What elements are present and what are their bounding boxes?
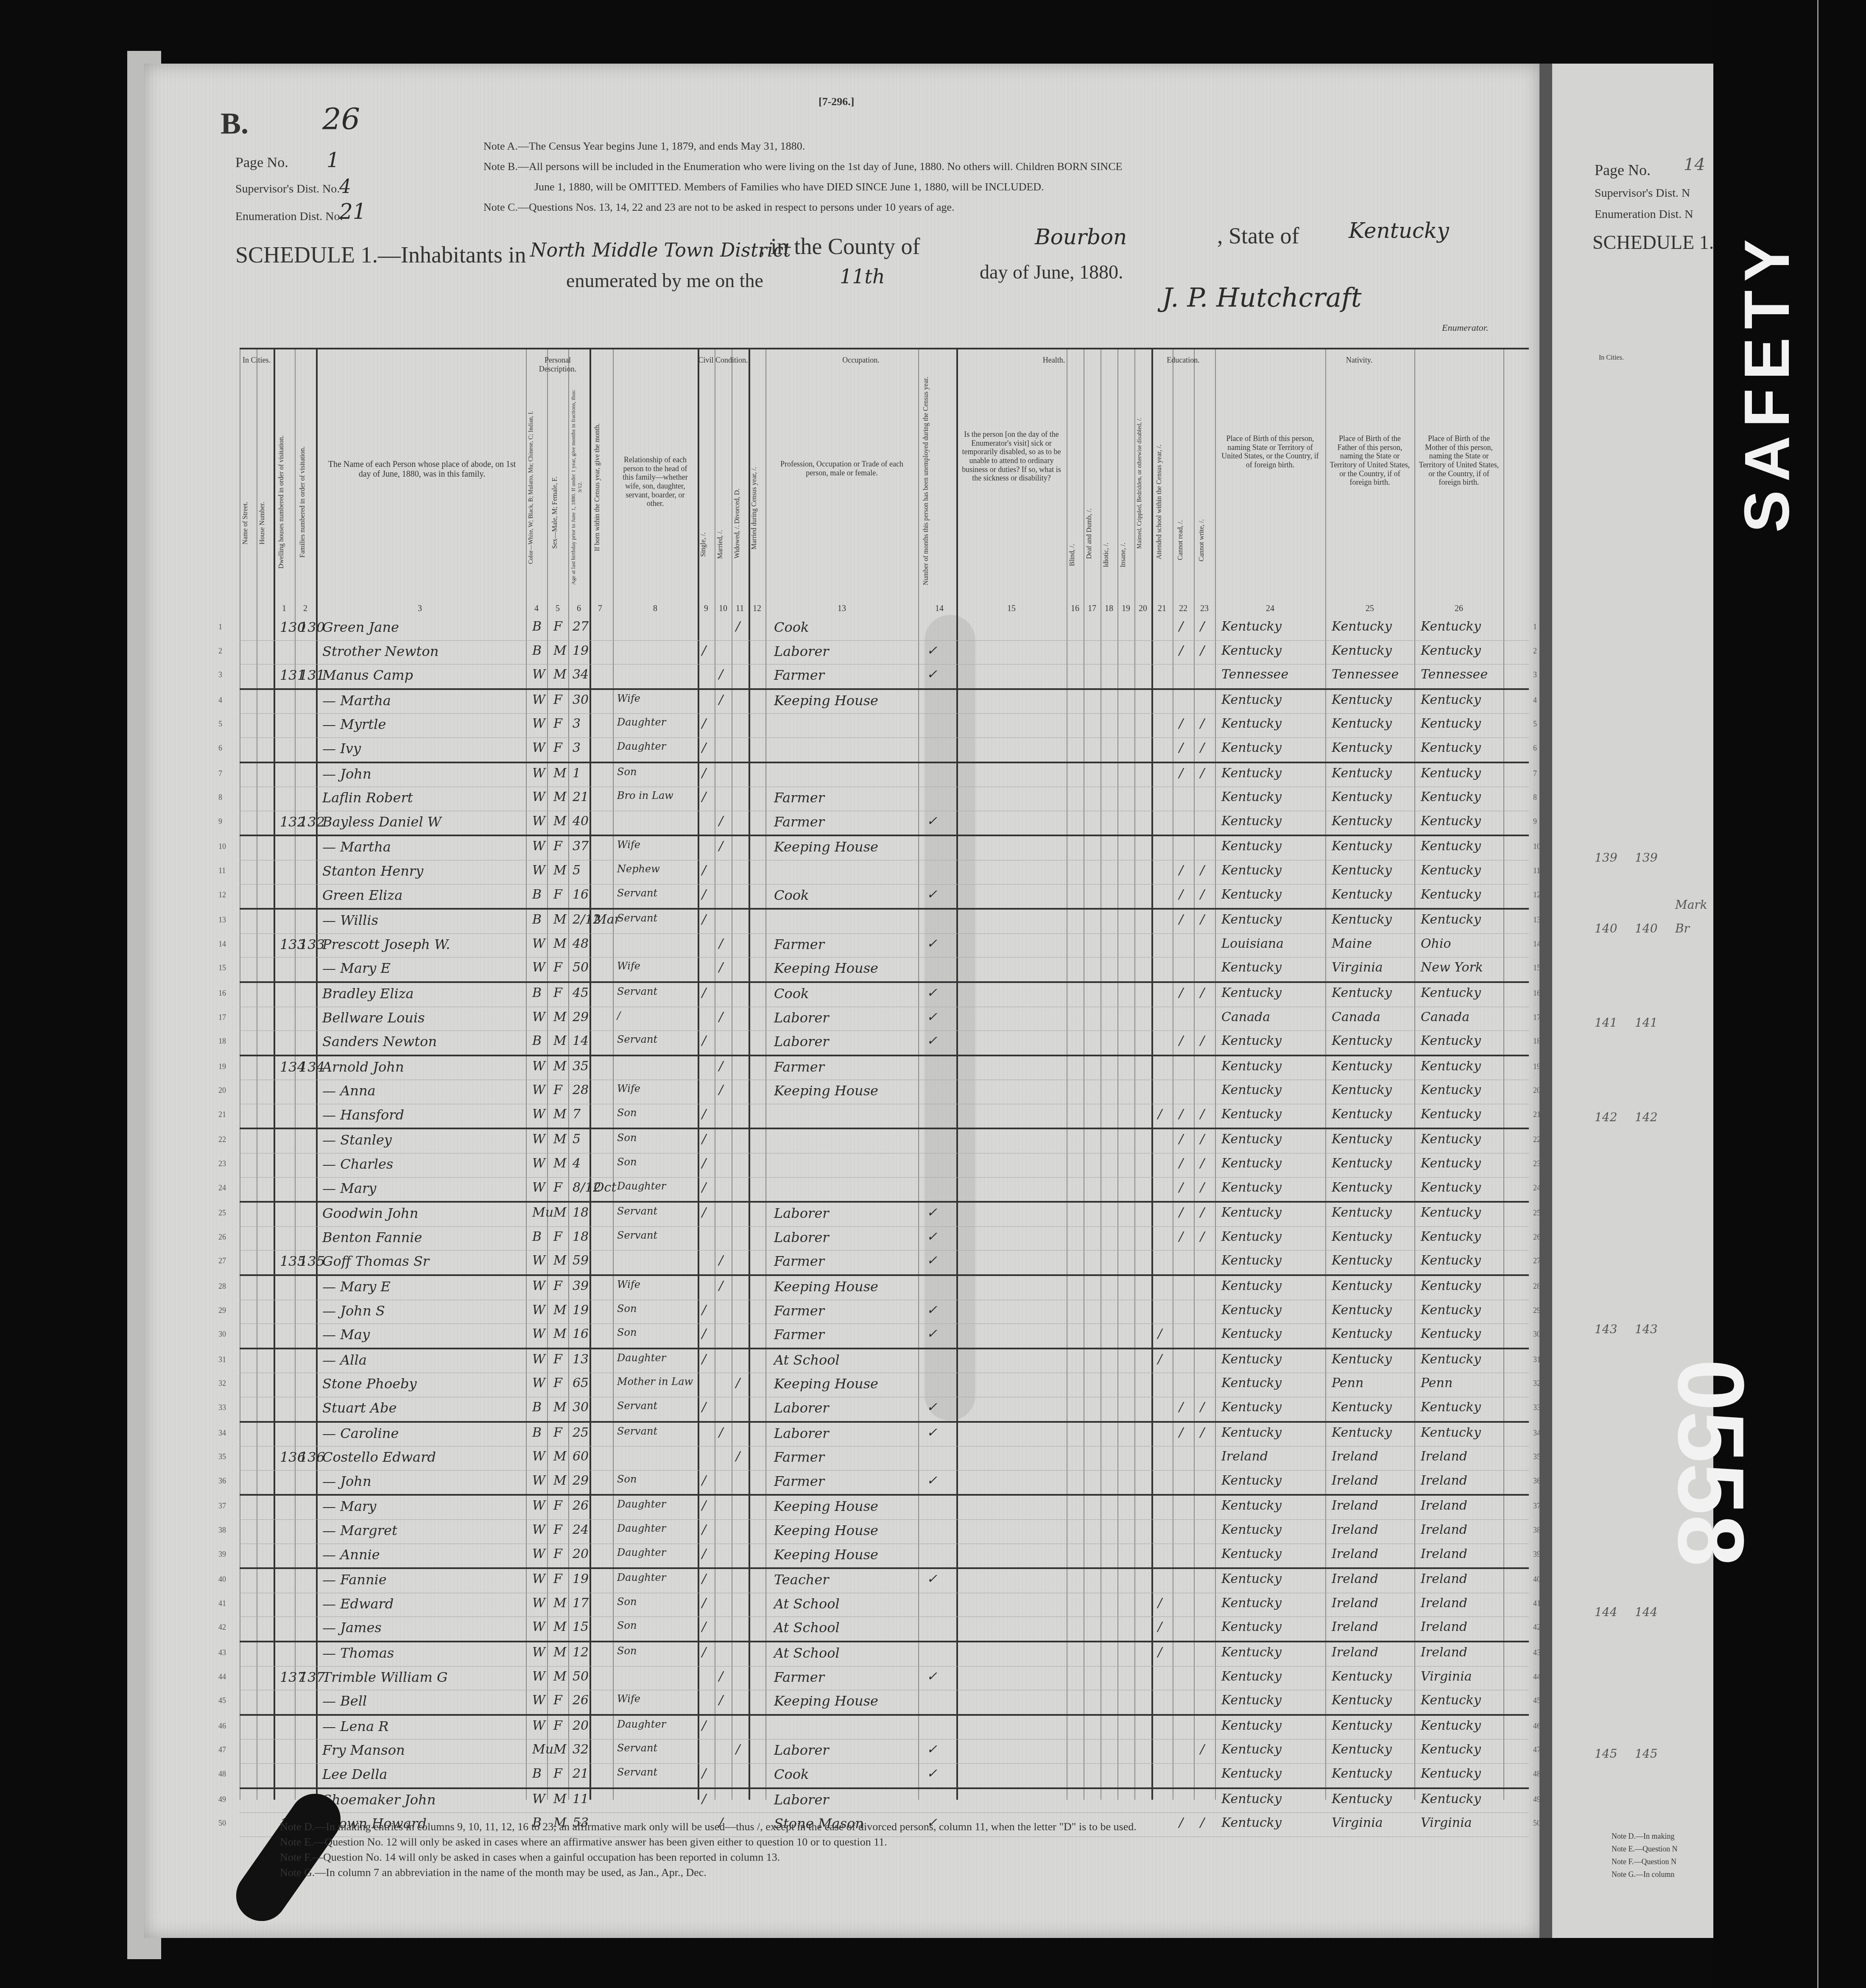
line-number-right: 34 — [1533, 1429, 1541, 1438]
safety-film-label: SAFETY — [1730, 127, 1798, 636]
line-number-right: 50 — [1533, 1819, 1541, 1828]
person-name: — Martha — [322, 839, 391, 855]
mother-birthplace: Kentucky — [1421, 766, 1481, 781]
relationship: Wife — [617, 1083, 640, 1095]
sex: F — [553, 1498, 562, 1513]
color: W — [532, 1596, 545, 1611]
person-name: Trimble William G — [322, 1669, 447, 1685]
single-mark: / — [702, 1572, 706, 1586]
mother-birthplace: Ireland — [1421, 1473, 1467, 1488]
mother-birthplace: Virginia — [1421, 1815, 1472, 1830]
mother-birthplace: Kentucky — [1421, 1352, 1481, 1367]
cannot-write-mark: / — [1200, 1132, 1204, 1147]
relationship: Daughter — [617, 1498, 666, 1510]
line-number-right: 41 — [1533, 1599, 1541, 1608]
person-name: — John S — [322, 1303, 385, 1319]
mother-birthplace: Kentucky — [1421, 740, 1481, 755]
mother-birthplace: Ireland — [1421, 1596, 1467, 1611]
line-number-right: 22 — [1533, 1135, 1541, 1144]
line-number-right: 27 — [1533, 1256, 1541, 1265]
line-number: 47 — [218, 1745, 226, 1754]
birthplace: Kentucky — [1221, 1205, 1282, 1220]
occupation: Cook — [774, 986, 809, 1002]
relationship: Wife — [617, 839, 640, 851]
table-row: 22Strother NewtonBM19/Laborer✓//Kentucky… — [240, 641, 1529, 665]
sex: M — [553, 1132, 567, 1147]
adjacent-family-number: 141 — [1635, 1016, 1657, 1030]
line-number: 3 — [218, 670, 222, 679]
col-occupation: Profession, Occupation or Trade of each … — [774, 460, 910, 477]
sex: F — [553, 1547, 562, 1561]
birthplace: Kentucky — [1221, 643, 1282, 658]
relationship: Wife — [617, 1279, 640, 1290]
color: B — [532, 1400, 542, 1415]
father-birthplace: Penn — [1332, 1376, 1363, 1390]
person-name: — Lena R — [322, 1718, 388, 1734]
sex: M — [553, 1742, 567, 1757]
line-number-right: 31 — [1533, 1355, 1541, 1364]
mother-birthplace: Kentucky — [1421, 986, 1481, 1000]
relationship: Wife — [617, 692, 640, 704]
single-mark: / — [702, 887, 706, 902]
age: 25 — [573, 1425, 589, 1440]
col-idiotic: Idiotic, /. — [1103, 519, 1110, 591]
person-name: Sanders Newton — [322, 1033, 437, 1050]
single-mark: / — [702, 740, 706, 755]
mother-birthplace: Ireland — [1421, 1522, 1467, 1537]
header-in-cities: In Cities. — [240, 356, 274, 365]
mother-birthplace: Kentucky — [1421, 1083, 1481, 1097]
birthplace: Kentucky — [1221, 839, 1282, 854]
mother-birthplace: Tennessee — [1421, 667, 1488, 682]
col-num: 8 — [653, 604, 657, 614]
state-name: Kentucky — [1349, 218, 1449, 243]
mother-birthplace: Kentucky — [1421, 863, 1481, 878]
color: W — [532, 1522, 545, 1537]
relationship: Servant — [617, 1742, 657, 1754]
birthplace: Ireland — [1221, 1449, 1268, 1464]
age: 29 — [573, 1010, 589, 1025]
age: 13 — [573, 1352, 589, 1367]
occupation: Farmer — [774, 814, 824, 830]
occupation: Laborer — [774, 1400, 829, 1416]
adjacent-enumeration-label: Enumeration Dist. N — [1595, 208, 1693, 221]
line-number-right: 39 — [1533, 1550, 1541, 1559]
cannot-write-mark: / — [1200, 1229, 1204, 1244]
single-mark: / — [702, 1547, 706, 1561]
relationship: Daughter — [617, 1718, 666, 1730]
note-b-cont: June 1, 1880, will be OMITTED. Members o… — [534, 181, 1044, 193]
adjacent-dwelling-number: 143 — [1595, 1322, 1617, 1336]
father-birthplace: Kentucky — [1332, 619, 1392, 634]
single-mark: / — [702, 1596, 706, 1611]
footer-notes: Note D.—In making entries in columns 9, … — [280, 1819, 1137, 1880]
occupation: Keeping House — [774, 1498, 878, 1514]
line-number-right: 26 — [1533, 1233, 1541, 1242]
line-number-right: 3 — [1533, 670, 1537, 679]
person-name: — John — [322, 766, 371, 782]
person-name: — Willis — [322, 912, 378, 928]
line-number: 4 — [218, 696, 222, 705]
sex: M — [553, 1253, 567, 1268]
birthplace: Kentucky — [1221, 740, 1282, 755]
unemployed-mark: ✓ — [927, 814, 937, 829]
note-f: Note F.—Question No. 14 will only be ask… — [280, 1850, 1137, 1865]
col-birth-month: If born within the Census year, give the… — [594, 383, 601, 591]
cannot-read-mark: / — [1179, 619, 1183, 634]
line-number: 18 — [218, 1037, 226, 1046]
occupation: Cook — [774, 619, 809, 635]
birthplace: Kentucky — [1221, 716, 1282, 731]
adjacent-dwelling-number: 140 — [1595, 921, 1617, 935]
person-name: — Mary — [322, 1498, 376, 1514]
note-d: Note D.—In making entries in columns 9, … — [280, 1819, 1137, 1834]
col-num: 21 — [1158, 604, 1166, 614]
table-row: 4343— ThomasWM12Son/At School/KentuckyIr… — [240, 1642, 1529, 1667]
occupation: Farmer — [774, 1253, 824, 1269]
person-name: — Alla — [322, 1352, 367, 1368]
table-row: 99132132Bayless Daniel WWM40/Farmer✓Kent… — [240, 811, 1529, 837]
cannot-write-mark: / — [1200, 1107, 1204, 1122]
adjacent-page — [1552, 64, 1713, 1938]
age: 20 — [573, 1718, 589, 1733]
person-name: Goodwin John — [322, 1205, 418, 1221]
occupation: Laborer — [774, 1425, 829, 1441]
relationship: Servant — [617, 986, 657, 997]
unemployed-mark: ✓ — [927, 936, 937, 951]
birthplace: Kentucky — [1221, 1718, 1282, 1733]
line-number-right: 40 — [1533, 1575, 1541, 1584]
table-row: 4747Fry MansonMuM32Servant/Laborer✓/Kent… — [240, 1739, 1529, 1764]
age: 45 — [573, 986, 589, 1000]
line-number-right: 17 — [1533, 1013, 1541, 1022]
line-number: 16 — [218, 989, 226, 998]
occupation: Laborer — [774, 1792, 829, 1808]
mother-birthplace: Ireland — [1421, 1498, 1467, 1513]
relationship: Servant — [617, 887, 657, 899]
father-birthplace: Kentucky — [1332, 1180, 1392, 1195]
single-mark: / — [702, 1352, 706, 1367]
line-number: 2 — [218, 647, 222, 656]
person-name: Fry Manson — [322, 1742, 405, 1758]
age: 11 — [573, 1792, 589, 1807]
adjacent-dwelling-number: 144 — [1595, 1605, 1617, 1619]
line-number-right: 2 — [1533, 647, 1537, 656]
father-birthplace: Kentucky — [1332, 740, 1392, 755]
col-num: 15 — [1007, 604, 1016, 614]
single-mark: / — [702, 1033, 706, 1048]
unemployed-mark: ✓ — [927, 667, 937, 682]
person-name: Green Eliza — [322, 887, 402, 903]
mother-birthplace: Kentucky — [1421, 643, 1481, 658]
person-name: Bellware Louis — [322, 1010, 425, 1026]
birthplace: Kentucky — [1221, 1033, 1282, 1048]
table-row: 3131— AllaWF13Daughter/At School/Kentuck… — [240, 1349, 1529, 1374]
relationship: Son — [617, 1156, 637, 1168]
header-civil: Civil Condition. — [698, 356, 749, 365]
table-row: 2727135135Goff Thomas SrWM59/Farmer✓Kent… — [240, 1251, 1529, 1276]
mother-birthplace: Kentucky — [1421, 1792, 1481, 1807]
header-health: Health. — [956, 356, 1151, 365]
unemployed-mark: ✓ — [927, 1766, 937, 1781]
occupation: Laborer — [774, 1229, 829, 1245]
col-num: 17 — [1088, 604, 1096, 614]
cannot-write-mark: / — [1200, 716, 1204, 731]
line-number-right: 44 — [1533, 1672, 1541, 1681]
table-row: 2323— CharlesWM4Son///KentuckyKentuckyKe… — [240, 1153, 1529, 1178]
age: 17 — [573, 1596, 589, 1611]
page-no-label: Page No. — [235, 155, 288, 171]
line-number: 43 — [218, 1648, 226, 1657]
color: Mu — [532, 1205, 553, 1220]
line-number: 28 — [218, 1282, 226, 1291]
family-number: 131 — [299, 667, 325, 683]
person-name: — John — [322, 1473, 371, 1489]
supervisor-dist-value: 4 — [339, 176, 351, 198]
sex: F — [553, 740, 562, 755]
line-number-right: 23 — [1533, 1159, 1541, 1168]
schedule-title: SCHEDULE 1.—Inhabitants in — [235, 242, 526, 268]
sex: F — [553, 839, 562, 854]
birthplace: Kentucky — [1221, 1693, 1282, 1708]
table-row: 3737— MaryWF26Daughter/Keeping HouseKent… — [240, 1496, 1529, 1520]
adjacent-supervisor-label: Supervisor's Dist. N — [1595, 187, 1690, 200]
cannot-read-mark: / — [1179, 1229, 1183, 1244]
occupation: Farmer — [774, 1059, 824, 1075]
single-mark: / — [702, 1792, 706, 1807]
cannot-read-mark: / — [1179, 1156, 1183, 1171]
mother-birthplace: Ireland — [1421, 1645, 1467, 1660]
father-birthplace: Ireland — [1332, 1645, 1378, 1660]
occupation: Farmer — [774, 1669, 824, 1685]
person-name: — Anna — [322, 1083, 376, 1099]
table-row: 2020— AnnaWF28Wife/Keeping HouseKentucky… — [240, 1080, 1529, 1104]
sex: F — [553, 986, 562, 1000]
father-birthplace: Kentucky — [1332, 1033, 1392, 1048]
birthplace: Kentucky — [1221, 692, 1282, 707]
adjacent-dwelling-number: 142 — [1595, 1110, 1617, 1124]
age: 18 — [573, 1229, 589, 1244]
birthplace: Kentucky — [1221, 1742, 1282, 1757]
table-row: 4040— FannieWF19Daughter/Teacher✓Kentuck… — [240, 1569, 1529, 1593]
birthplace: Kentucky — [1221, 986, 1282, 1000]
adjacent-note-e: Note E.—Question N — [1612, 1845, 1677, 1854]
person-name: — Fannie — [322, 1572, 387, 1588]
mother-birthplace: Kentucky — [1421, 1425, 1481, 1440]
line-number-right: 32 — [1533, 1379, 1541, 1388]
table-row: 4444137137Trimble William GWM50/Farmer✓K… — [240, 1667, 1529, 1691]
relationship: Servant — [617, 1400, 657, 1412]
table-row: 1515— Mary EWF50Wife/Keeping HouseKentuc… — [240, 958, 1529, 983]
attended-school-mark: / — [1158, 1596, 1162, 1611]
single-mark: / — [702, 986, 706, 1000]
sex: M — [553, 643, 567, 658]
table-row: 4646— Lena RWF20Daughter/KentuckyKentuck… — [240, 1716, 1529, 1740]
county-name: Bourbon — [1035, 225, 1127, 249]
father-birthplace: Kentucky — [1332, 1107, 1392, 1122]
cannot-read-mark: / — [1179, 1107, 1183, 1122]
occupation: Keeping House — [774, 1522, 878, 1538]
adjacent-page-no-label: Page No. — [1595, 161, 1651, 179]
cannot-write-mark: / — [1200, 1205, 1204, 1220]
color: W — [532, 1326, 545, 1341]
col-attended-school: Attended school within the Census year, … — [1156, 413, 1163, 591]
cannot-write-mark: / — [1200, 986, 1204, 1000]
film-edge-line — [1817, 0, 1819, 1988]
table-row: 55— MyrtleWF3Daughter///KentuckyKentucky… — [240, 714, 1529, 738]
table-row: 4949Shoemaker JohnWM11/LaborerKentuckyKe… — [240, 1789, 1529, 1813]
line-number: 40 — [218, 1575, 226, 1584]
age: 34 — [573, 667, 589, 682]
color: B — [532, 912, 542, 927]
table-row: 1717Bellware LouisWM29//Laborer✓CanadaCa… — [240, 1007, 1529, 1031]
col-deaf-dumb: Deaf and Dumb, /. — [1086, 477, 1093, 591]
birthplace: Kentucky — [1221, 912, 1282, 927]
sex: F — [553, 1376, 562, 1390]
col-num: 5 — [556, 604, 560, 614]
line-number-right: 45 — [1533, 1696, 1541, 1705]
header-occupation: Occupation. — [765, 356, 956, 365]
single-mark: / — [702, 766, 706, 781]
relationship: Servant — [617, 912, 657, 924]
line-number: 19 — [218, 1062, 226, 1071]
person-name: Bradley Eliza — [322, 986, 414, 1002]
line-number-right: 7 — [1533, 769, 1537, 778]
col-num: 13 — [838, 604, 846, 614]
table-row: 2828— Mary EWF39Wife/Keeping HouseKentuc… — [240, 1276, 1529, 1300]
birthplace: Kentucky — [1221, 619, 1282, 634]
widowed-mark: / — [736, 1449, 740, 1464]
mother-birthplace: Ireland — [1421, 1619, 1467, 1634]
table-row: 77— JohnWM1Son///KentuckyKentuckyKentuck… — [240, 763, 1529, 787]
sex: F — [553, 1352, 562, 1367]
line-number-right: 47 — [1533, 1745, 1541, 1754]
single-mark: / — [702, 1522, 706, 1537]
cannot-read-mark: / — [1179, 716, 1183, 731]
single-mark: / — [702, 1619, 706, 1634]
mother-birthplace: Kentucky — [1421, 1766, 1481, 1781]
unemployed-mark: ✓ — [927, 1033, 937, 1048]
cannot-read-mark: / — [1179, 1033, 1183, 1048]
binding-spine — [1539, 64, 1552, 1938]
sex: M — [553, 1669, 567, 1684]
age: 35 — [573, 1059, 589, 1074]
color: W — [532, 936, 545, 951]
age: 24 — [573, 1522, 589, 1537]
unemployed-mark: ✓ — [927, 1669, 937, 1684]
cannot-write-mark: / — [1200, 1180, 1204, 1195]
birth-month: Oct — [594, 1180, 616, 1195]
mother-birthplace: Kentucky — [1421, 1279, 1481, 1293]
father-birthplace: Kentucky — [1332, 1400, 1392, 1415]
occupation: Cook — [774, 887, 809, 903]
line-number: 17 — [218, 1013, 226, 1022]
single-mark: / — [702, 863, 706, 878]
col-sickness: Is the person [on the day of the Enumera… — [961, 430, 1062, 483]
age: 20 — [573, 1547, 589, 1561]
age: 21 — [573, 790, 589, 804]
birthplace: Kentucky — [1221, 1498, 1282, 1513]
color: W — [532, 1279, 545, 1293]
married-mark: / — [719, 1010, 723, 1025]
married-mark: / — [719, 1083, 723, 1097]
color: W — [532, 1107, 545, 1122]
col-num: 26 — [1455, 604, 1463, 614]
cannot-read-mark: / — [1179, 1400, 1183, 1415]
relationship: Son — [617, 1132, 637, 1144]
single-mark: / — [702, 1326, 706, 1341]
birthplace: Tennessee — [1221, 667, 1288, 682]
single-mark: / — [702, 790, 706, 804]
married-mark: / — [719, 667, 723, 682]
married-mark: / — [719, 1693, 723, 1708]
table-row: 1313— WillisBM2/12MarServant///KentuckyK… — [240, 910, 1529, 934]
person-name: Strother Newton — [322, 643, 439, 659]
col-num: 9 — [704, 604, 708, 614]
family-number: 132 — [299, 814, 325, 830]
single-mark: / — [702, 1205, 706, 1220]
father-birthplace: Kentucky — [1332, 1766, 1392, 1781]
father-birthplace: Kentucky — [1332, 1229, 1392, 1244]
color: W — [532, 1547, 545, 1561]
line-number-right: 43 — [1533, 1648, 1541, 1657]
married-mark: / — [719, 1279, 723, 1293]
single-mark: / — [702, 643, 706, 658]
line-number-right: 46 — [1533, 1722, 1541, 1731]
person-name: Goff Thomas Sr — [322, 1253, 429, 1269]
line-number-right: 19 — [1533, 1062, 1541, 1071]
birthplace: Kentucky — [1221, 1303, 1282, 1318]
father-birthplace: Kentucky — [1332, 1059, 1392, 1074]
cannot-write-mark: / — [1200, 643, 1204, 658]
occupation: Farmer — [774, 1473, 824, 1489]
person-name: — Thomas — [322, 1645, 394, 1661]
sex: M — [553, 1645, 567, 1660]
line-number: 21 — [218, 1110, 226, 1119]
person-name: — Martha — [322, 692, 391, 709]
adjacent-in-cities: In Cities. — [1599, 354, 1624, 362]
note-g: Note G.—In column 7 an abbreviation in t… — [280, 1865, 1137, 1880]
color: W — [532, 1619, 545, 1634]
birthplace: Louisiana — [1221, 936, 1284, 951]
single-mark: / — [702, 1766, 706, 1781]
color: W — [532, 1010, 545, 1025]
mother-birthplace: Ireland — [1421, 1572, 1467, 1586]
father-birthplace: Kentucky — [1332, 766, 1392, 781]
line-number-right: 20 — [1533, 1086, 1541, 1095]
table-row: 1212Green ElizaBF16Servant/Cook✓//Kentuc… — [240, 885, 1529, 910]
table-row: 88Laflin RobertWM21Bro in Law/FarmerKent… — [240, 787, 1529, 811]
birthplace: Kentucky — [1221, 1253, 1282, 1268]
line-number: 10 — [218, 842, 226, 851]
col-num: 2 — [303, 604, 307, 614]
mother-birthplace: Kentucky — [1421, 1059, 1481, 1074]
unemployed-mark: ✓ — [927, 1010, 937, 1025]
col-num: 10 — [719, 604, 727, 614]
line-number: 31 — [218, 1355, 226, 1364]
line-number-right: 16 — [1533, 989, 1541, 998]
line-number-right: 4 — [1533, 696, 1537, 705]
person-name: Costello Edward — [322, 1449, 436, 1465]
cannot-write-mark: / — [1200, 863, 1204, 878]
birthplace: Kentucky — [1221, 1547, 1282, 1561]
attended-school-mark: / — [1158, 1645, 1162, 1660]
sex: F — [553, 1718, 562, 1733]
cannot-read-mark: / — [1179, 1180, 1183, 1195]
age: 40 — [573, 814, 589, 829]
single-mark: / — [702, 1400, 706, 1415]
age: 16 — [573, 887, 589, 902]
